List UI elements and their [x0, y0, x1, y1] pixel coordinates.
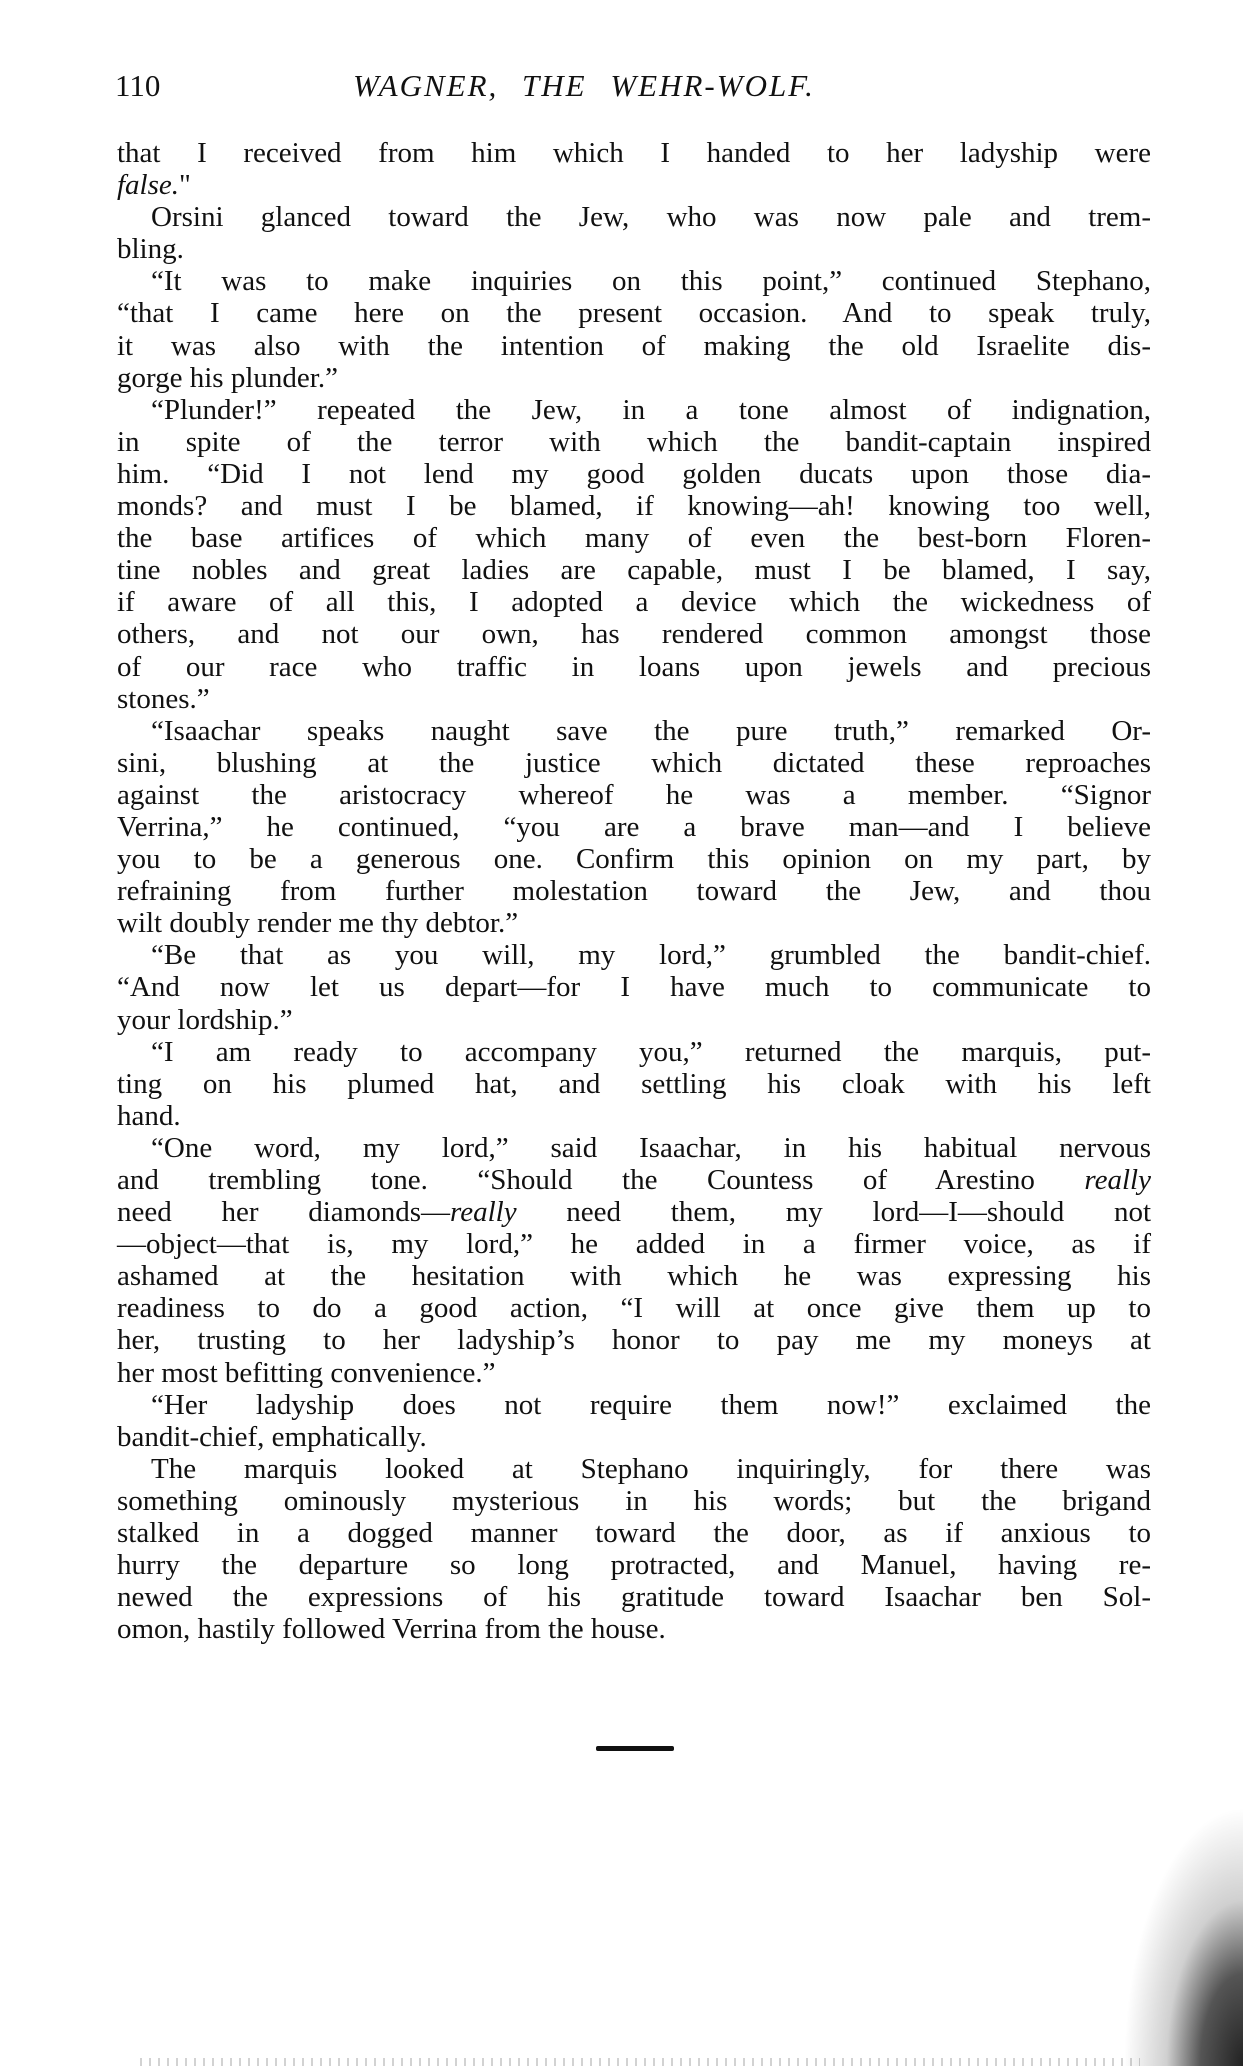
text-line: “that I came here on the present occasio… — [117, 297, 1151, 329]
text-line: that I received from him which I handed … — [117, 137, 1151, 169]
text-line: readiness to do a good action, “I will a… — [117, 1292, 1151, 1324]
page-number: 110 — [115, 68, 160, 104]
running-title: WAGNER, THE WEHR-WOLF. — [353, 68, 815, 104]
running-header: 110 WAGNER, THE WEHR-WOLF. — [115, 68, 1151, 108]
text-line: her most befitting convenience.” — [117, 1357, 1151, 1389]
text-line: “I am ready to accompany you,” returned … — [117, 1036, 1151, 1068]
text-line: you to be a generous one. Confirm this o… — [117, 843, 1151, 875]
text-line: “One word, my lord,” said Isaachar, in h… — [117, 1132, 1151, 1164]
text-line: against the aristocracy whereof he was a… — [117, 779, 1151, 811]
text-line: tine nobles and great ladies are capable… — [117, 554, 1151, 586]
text-line: “And now let us depart—for I have much t… — [117, 971, 1151, 1003]
scan-noise — [140, 2058, 1140, 2066]
text-line: wilt doubly render me thy debtor.” — [117, 907, 1151, 939]
text-line: Orsini glanced toward the Jew, who was n… — [117, 201, 1151, 233]
text-line: bling. — [117, 233, 1151, 265]
text-line: “Plunder!” repeated the Jew, in a tone a… — [117, 394, 1151, 426]
text-line: need her diamonds—really need them, my l… — [117, 1196, 1151, 1228]
text-line: “It was to make inquiries on this point,… — [117, 265, 1151, 297]
text-line: sini, blushing at the justice which dict… — [117, 747, 1151, 779]
text-line: The marquis looked at Stephano inquiring… — [117, 1453, 1151, 1485]
text-line: “Be that as you will, my lord,” grumbled… — [117, 939, 1151, 971]
text-line: something ominously mysterious in his wo… — [117, 1485, 1151, 1517]
text-line: of our race who traffic in loans upon je… — [117, 651, 1151, 683]
text-line: and trembling tone. “Should the Countess… — [117, 1164, 1151, 1196]
text-line: newed the expressions of his gratitude t… — [117, 1581, 1151, 1613]
text-line: hurry the departure so long protracted, … — [117, 1549, 1151, 1581]
text-line: your lordship.” — [117, 1004, 1151, 1036]
text-line: ashamed at the hesitation with which he … — [117, 1260, 1151, 1292]
book-page: 110 WAGNER, THE WEHR-WOLF. that I receiv… — [0, 0, 1243, 2066]
scan-smudge — [1123, 1806, 1243, 2066]
text-line: refraining from further molestation towa… — [117, 875, 1151, 907]
text-line: hand. — [117, 1100, 1151, 1132]
text-line: —object—that is, my lord,” he added in a… — [117, 1228, 1151, 1260]
text-line: gorge his plunder.” — [117, 362, 1151, 394]
text-line: if aware of all this, I adopted a device… — [117, 586, 1151, 618]
text-line: false." — [117, 169, 1151, 201]
text-line: “Isaachar speaks naught save the pure tr… — [117, 715, 1151, 747]
text-line: her, trusting to her ladyship’s honor to… — [117, 1324, 1151, 1356]
body-text: that I received from him which I handed … — [117, 137, 1151, 1645]
text-line: Verrina,” he continued, “you are a brave… — [117, 811, 1151, 843]
text-line: omon, hastily followed Verrina from the … — [117, 1613, 1151, 1645]
text-line: ting on his plumed hat, and settling his… — [117, 1068, 1151, 1100]
text-line: “Her ladyship does not require them now!… — [117, 1389, 1151, 1421]
text-line: bandit-chief, emphatically. — [117, 1421, 1151, 1453]
text-line: in spite of the terror with which the ba… — [117, 426, 1151, 458]
text-line: him. “Did I not lend my good golden duca… — [117, 458, 1151, 490]
text-line: it was also with the intention of making… — [117, 330, 1151, 362]
text-line: stones.” — [117, 683, 1151, 715]
text-line: others, and not our own, has rendered co… — [117, 618, 1151, 650]
text-line: the base artifices of which many of even… — [117, 522, 1151, 554]
text-line: monds? and must I be blamed, if knowing—… — [117, 490, 1151, 522]
text-line: stalked in a dogged manner toward the do… — [117, 1517, 1151, 1549]
section-end-rule — [596, 1746, 674, 1751]
